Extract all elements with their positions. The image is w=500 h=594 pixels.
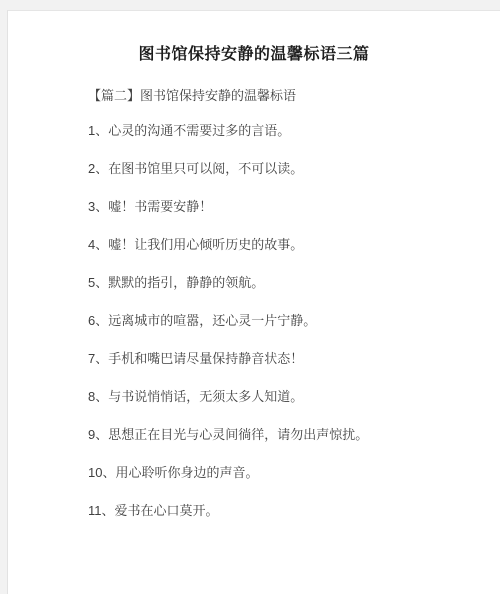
document-title: 图书馆保持安静的温馨标语三篇 [8,47,500,63]
slogan-list: 1、心灵的沟通不需要过多的言语。 2、在图书馆里只可以阅，不可以读。 3、嘘！书… [8,124,500,517]
slogan-item-1: 1、心灵的沟通不需要过多的言语。 [88,124,500,137]
slogan-item-11: 11、爱书在心口莫开。 [88,504,500,517]
slogan-item-6: 6、远离城市的喧嚣，还心灵一片宁静。 [88,314,500,327]
slogan-item-5: 5、默默的指引，静静的领航。 [88,276,500,289]
slogan-item-2: 2、在图书馆里只可以阅，不可以读。 [88,162,500,175]
slogan-item-8: 8、与书说悄悄话，无须太多人知道。 [88,390,500,403]
slogan-item-9: 9、思想正在目光与心灵间徜徉，请勿出声惊扰。 [88,428,500,441]
slogan-item-3: 3、嘘！书需要安静！ [88,200,500,213]
slogan-item-10: 10、用心聆听你身边的声音。 [88,466,500,479]
document-page: 图书馆保持安静的温馨标语三篇 【篇二】图书馆保持安静的温馨标语 1、心灵的沟通不… [7,10,500,594]
section-heading: 【篇二】图书馆保持安静的温馨标语 [88,89,500,102]
slogan-item-7: 7、手机和嘴巴请尽量保持静音状态！ [88,352,500,365]
slogan-item-4: 4、嘘！让我们用心倾听历史的故事。 [88,238,500,251]
